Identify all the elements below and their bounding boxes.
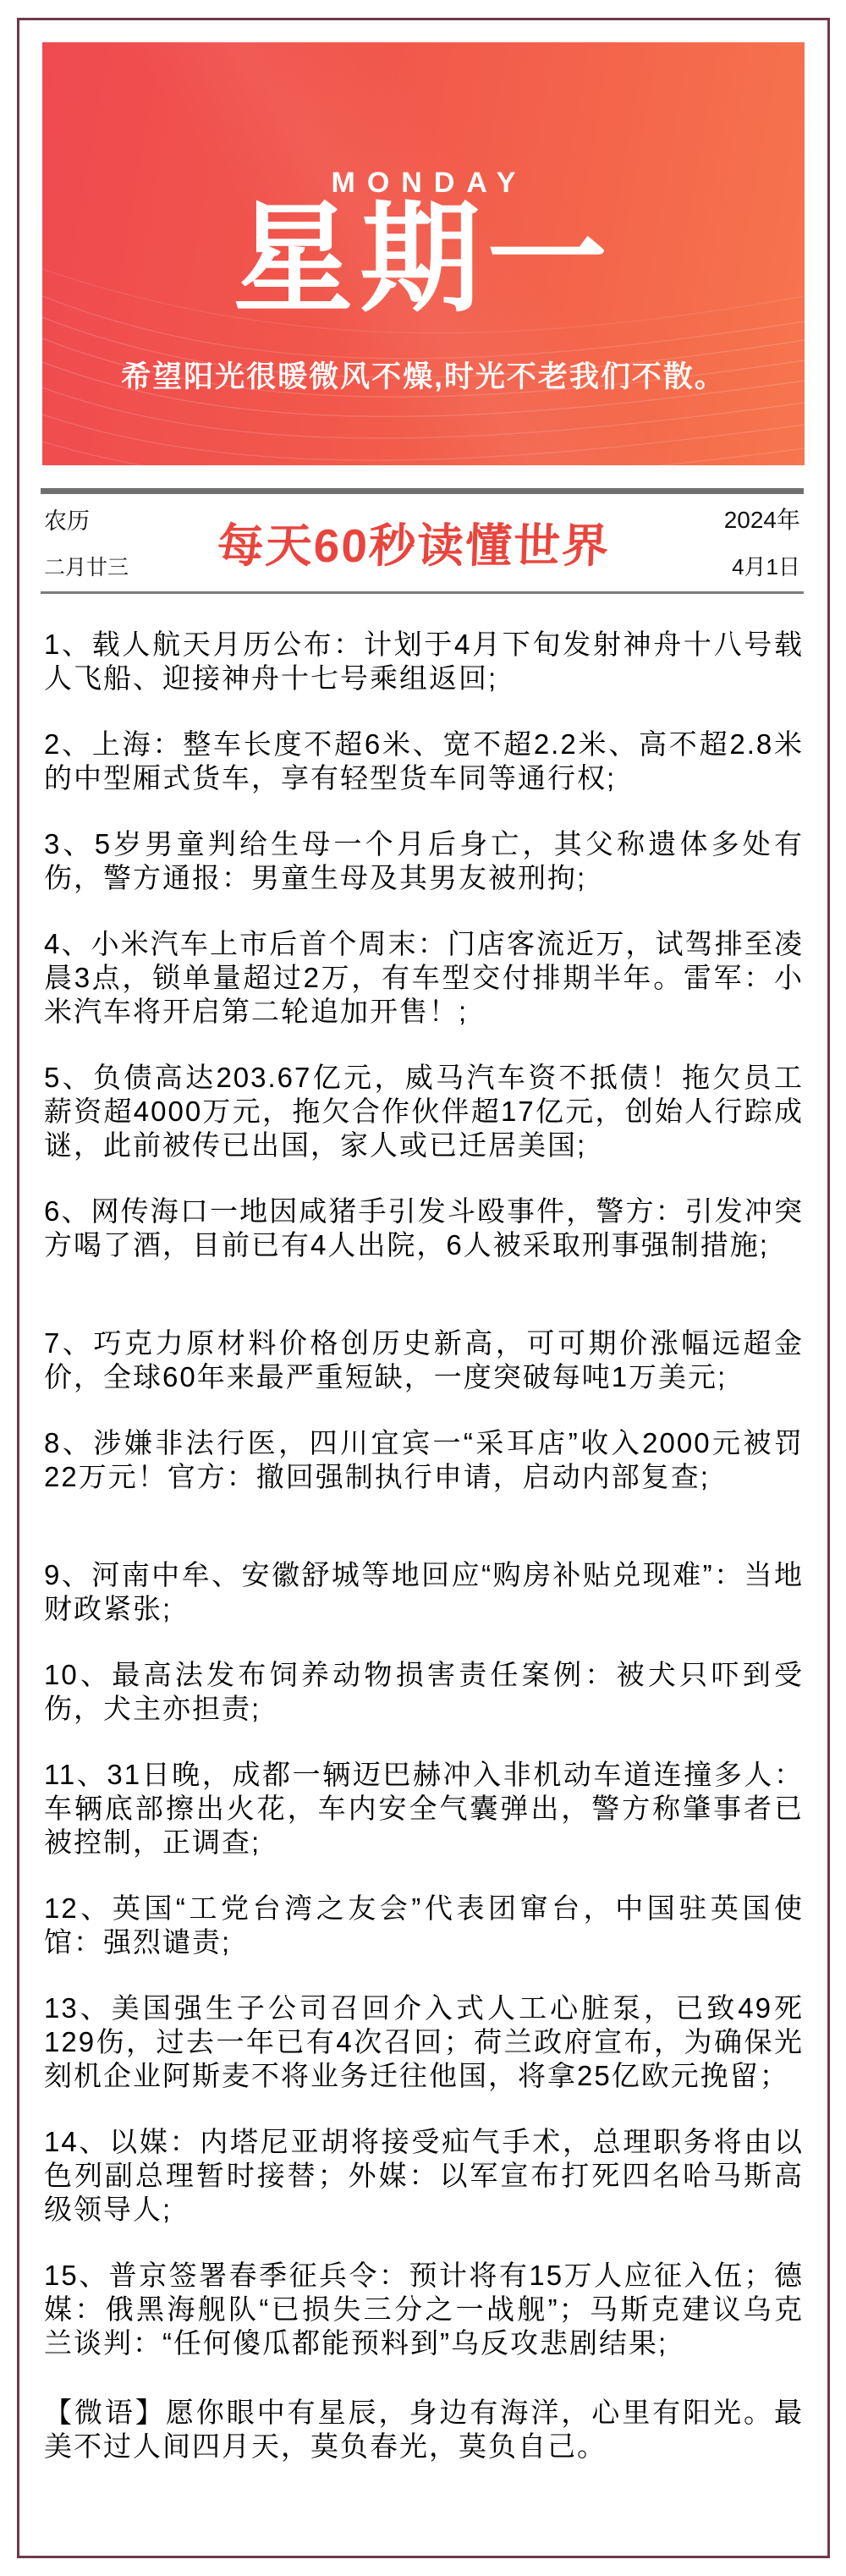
news-item-7: 7、巧克力原材料价格创历史新高，可可期价涨幅远超金价，全球60年来最严重短缺，一…: [44, 1326, 804, 1394]
news-item-13: 13、美国强生子公司召回介入式人工心脏泵，已致49死129伤，过去一年已有4次召…: [44, 1991, 804, 2093]
lunar-label: 农历: [44, 503, 129, 536]
date-header: 农历 二月廿三 每天60秒读懂世界 2024年 4月1日: [41, 488, 804, 594]
news-item-15: 15、普京签署春季征兵令：预计将有15万人应征入伍；德媒：俄黑海舰队“已损失三分…: [44, 2259, 804, 2360]
weekday-banner: MONDAY 星期一 希望阳光很暖微风不燥,时光不老我们不散。: [42, 42, 805, 465]
news-item-10: 10、最高法发布饲养动物损害责任案例：被犬只吓到受伤，犬主亦担责;: [44, 1658, 804, 1726]
news-item-5: 5、负债高达203.67亿元，威马汽车资不抵债！拖欠员工薪资超4000万元，拖欠…: [44, 1061, 804, 1162]
header-top-rule: [41, 488, 804, 494]
news-item-8: 8、涉嫌非法行医，四川宜宾一“采耳店”收入2000元被罚22万元！官方：撤回强制…: [44, 1426, 804, 1494]
news-item-4: 4、小米汽车上市后首个周末：门店客流近万，试驾排至凌晨3点，锁单量超过2万，有车…: [44, 927, 804, 1029]
news-item-11: 11、31日晚，成都一辆迈巴赫冲入非机动车道连撞多人：车辆底部擦出火花，车内安全…: [44, 1758, 804, 1859]
weiyu-message: 【微语】愿你眼中有星辰，身边有海洋，心里有阳光。最美不过人间四月天，莫负春光，莫…: [44, 2396, 804, 2463]
banner-motto: 希望阳光很暖微风不燥,时光不老我们不散。: [42, 354, 805, 396]
header-bottom-rule: [41, 591, 804, 594]
year-label: 2024年: [724, 502, 800, 536]
date-label: 4月1日: [724, 550, 800, 581]
news-list: 1、载人航天月历公布：计划于4月下旬发射神舟十八号载人飞船、迎接神舟十七号乘组返…: [44, 628, 804, 2496]
lunar-date: 二月廿三: [44, 551, 129, 581]
gregorian-date-block: 2024年 4月1日: [724, 502, 800, 581]
news-item-12: 12、英国“工党台湾之友会”代表团窜台，中国驻英国使馆：强烈谴责;: [44, 1892, 804, 1959]
weekday-chinese-label: 星期一: [42, 184, 805, 335]
news-item-9: 9、河南中牟、安徽舒城等地回应“购房补贴兑现难”：当地财政紧张;: [44, 1558, 804, 1626]
lunar-date-block: 农历 二月廿三: [44, 503, 129, 581]
news-item-6: 6、网传海口一地因咸猪手引发斗殴事件，警方：引发冲突方喝了酒，目前已有4人出院，…: [44, 1195, 804, 1262]
header-row: 农历 二月廿三 每天60秒读懂世界 2024年 4月1日: [41, 494, 804, 591]
news-item-14: 14、以媒：内塔尼亚胡将接受疝气手术，总理职务将由以色列副总理暂时接替；外媒：以…: [44, 2125, 804, 2227]
news-item-1: 1、载人航天月历公布：计划于4月下旬发射神舟十八号载人飞船、迎接神舟十七号乘组返…: [44, 628, 804, 695]
news-item-2: 2、上海：整车长度不超6米、宽不超2.2米、高不超2.8米的中型厢式货车，享有轻…: [44, 728, 804, 795]
page-title: 每天60秒读懂世界: [216, 508, 636, 575]
news-item-3: 3、5岁男童判给生母一个月后身亡，其父称遗体多处有伤，警方通报：男童生母及其男友…: [44, 827, 804, 895]
